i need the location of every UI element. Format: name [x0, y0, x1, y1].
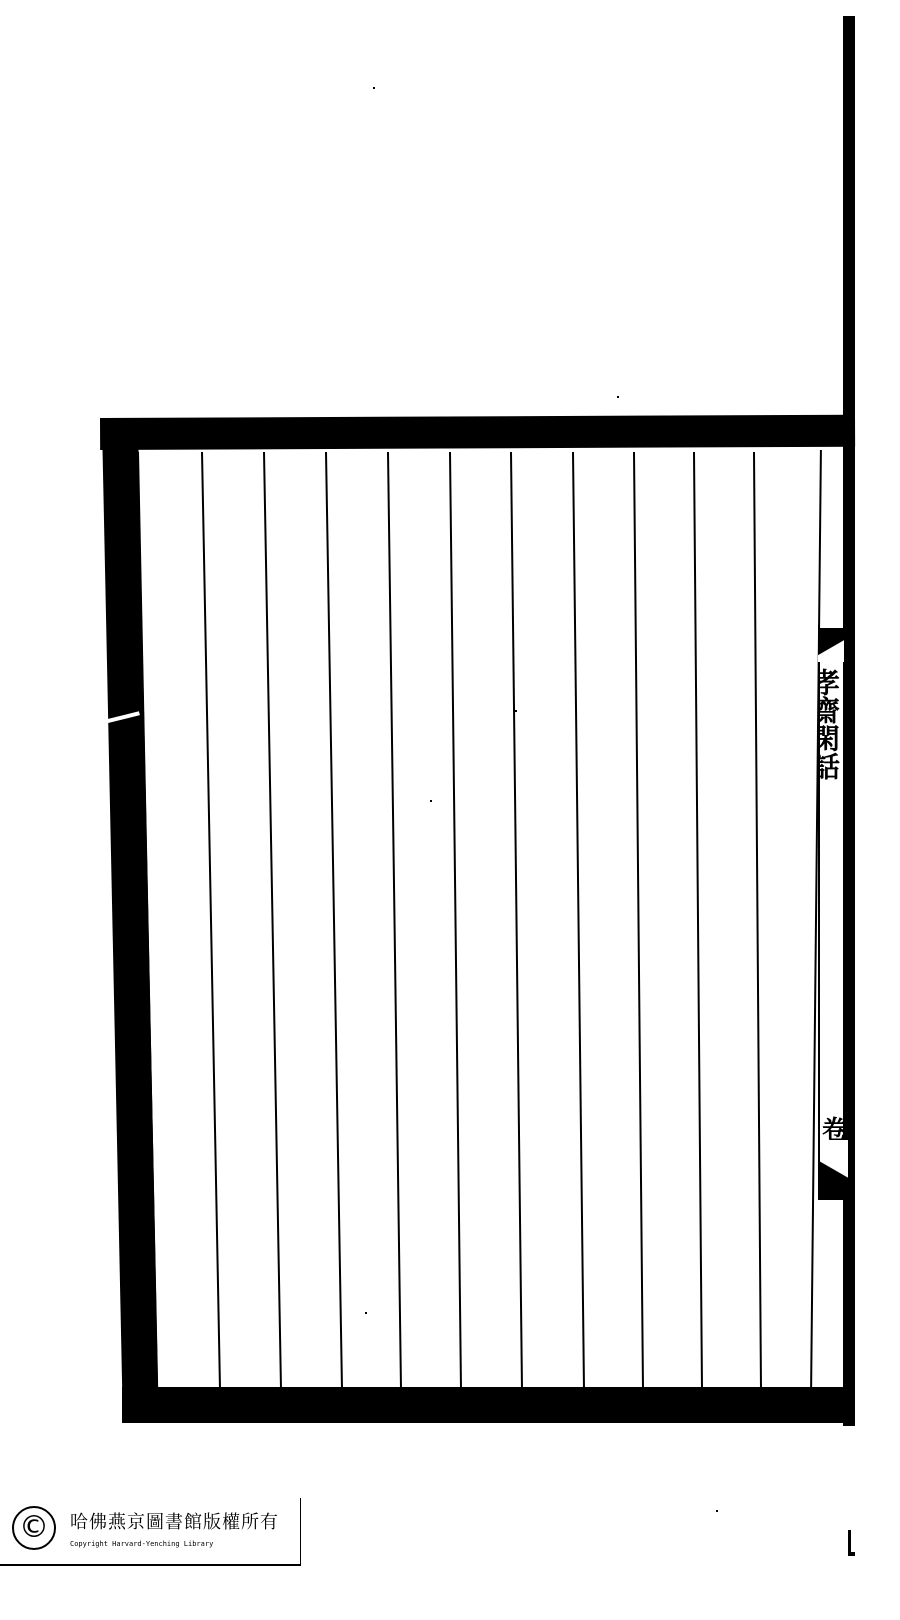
spine-mark-foot: [848, 1552, 855, 1556]
frame-bottom-border: [122, 1387, 855, 1423]
speck: [373, 87, 375, 89]
column-rule: [572, 452, 585, 1389]
frame-left-border: [102, 424, 159, 1423]
spine-title: 孝齋閑話: [820, 668, 850, 780]
column-rule: [633, 452, 644, 1389]
copyright-text-english: Copyright Harvard-Yenching Library: [70, 1540, 213, 1548]
copyright-icon: ©: [12, 1506, 56, 1550]
copyright-text-chinese: 哈佛燕京圖書館版權所有: [70, 1508, 279, 1534]
frame-top-border: [100, 415, 855, 450]
column-rule: [510, 452, 523, 1389]
column-rule: [387, 452, 402, 1389]
title-slip-top-corner: [818, 628, 844, 662]
speck: [430, 800, 432, 802]
column-rule: [693, 452, 703, 1389]
speck: [617, 396, 619, 398]
copyright-stamp: © 哈佛燕京圖書館版權所有 Copyright Harvard-Yenching…: [0, 1498, 301, 1566]
column-rule: [201, 452, 221, 1389]
column-rule: [449, 452, 462, 1389]
title-slip-bottom-corner: [820, 1140, 848, 1200]
speck: [716, 1510, 718, 1512]
column-rule: [325, 452, 343, 1389]
scanned-page: 孝齋閑話 卷 © 哈佛燕京圖書館版權所有 Copyright Harvard-Y…: [0, 0, 900, 1620]
speck: [365, 1312, 367, 1314]
speck: [515, 710, 517, 712]
column-rule: [753, 452, 762, 1389]
column-rule: [263, 452, 282, 1389]
